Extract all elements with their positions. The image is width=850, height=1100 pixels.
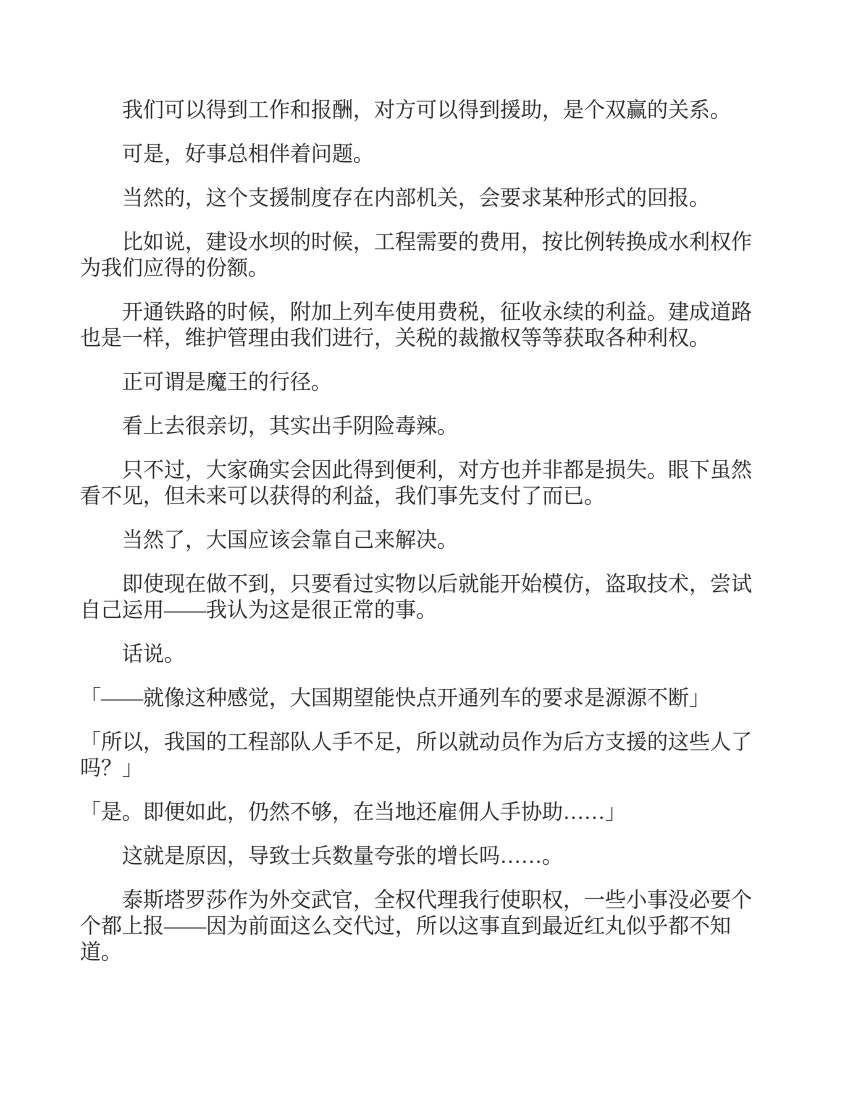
paragraph: 比如说，建设水坝的时候，工程需要的费用，按比例转换成水利权作为我们应得的份额。 xyxy=(80,229,754,281)
paragraph: 我们可以得到工作和报酬，对方可以得到援助，是个双赢的关系。 xyxy=(80,97,754,123)
dialogue-paragraph: 「所以，我国的工程部队人手不足，所以就动员作为后方支援的这些人了吗？」 xyxy=(80,729,754,781)
paragraph: 当然的，这个支援制度存在内部机关，会要求某种形式的回报。 xyxy=(80,185,754,211)
paragraph: 正可谓是魔王的行径。 xyxy=(80,369,754,395)
paragraph: 这就是原因，导致士兵数量夸张的增长吗……。 xyxy=(80,843,754,869)
dialogue-paragraph: 「是。即便如此，仍然不够，在当地还雇佣人手协助……」 xyxy=(80,799,754,825)
paragraph: 可是，好事总相伴着问题。 xyxy=(80,141,754,167)
paragraph: 即使现在做不到，只要看过实物以后就能开始模仿，盗取技术，尝试自己运用——我认为这… xyxy=(80,571,754,623)
novel-page: 我们可以得到工作和报酬，对方可以得到援助，是个双赢的关系。 可是，好事总相伴着问… xyxy=(0,0,850,1100)
paragraph: 话说。 xyxy=(80,641,754,667)
paragraph: 看上去很亲切，其实出手阴险毒辣。 xyxy=(80,413,754,439)
paragraph: 当然了，大国应该会靠自己来解决。 xyxy=(80,527,754,553)
paragraph: 只不过，大家确实会因此得到便利，对方也并非都是损失。眼下虽然看不见，但未来可以获… xyxy=(80,457,754,509)
paragraph: 泰斯塔罗莎作为外交武官，全权代理我行使职权，一些小事没必要个个都上报——因为前面… xyxy=(80,887,754,965)
dialogue-paragraph: 「——就像这种感觉，大国期望能快点开通列车的要求是源源不断」 xyxy=(80,685,754,711)
paragraph: 开通铁路的时候，附加上列车使用费税，征收永续的利益。建成道路也是一样，维护管理由… xyxy=(80,299,754,351)
